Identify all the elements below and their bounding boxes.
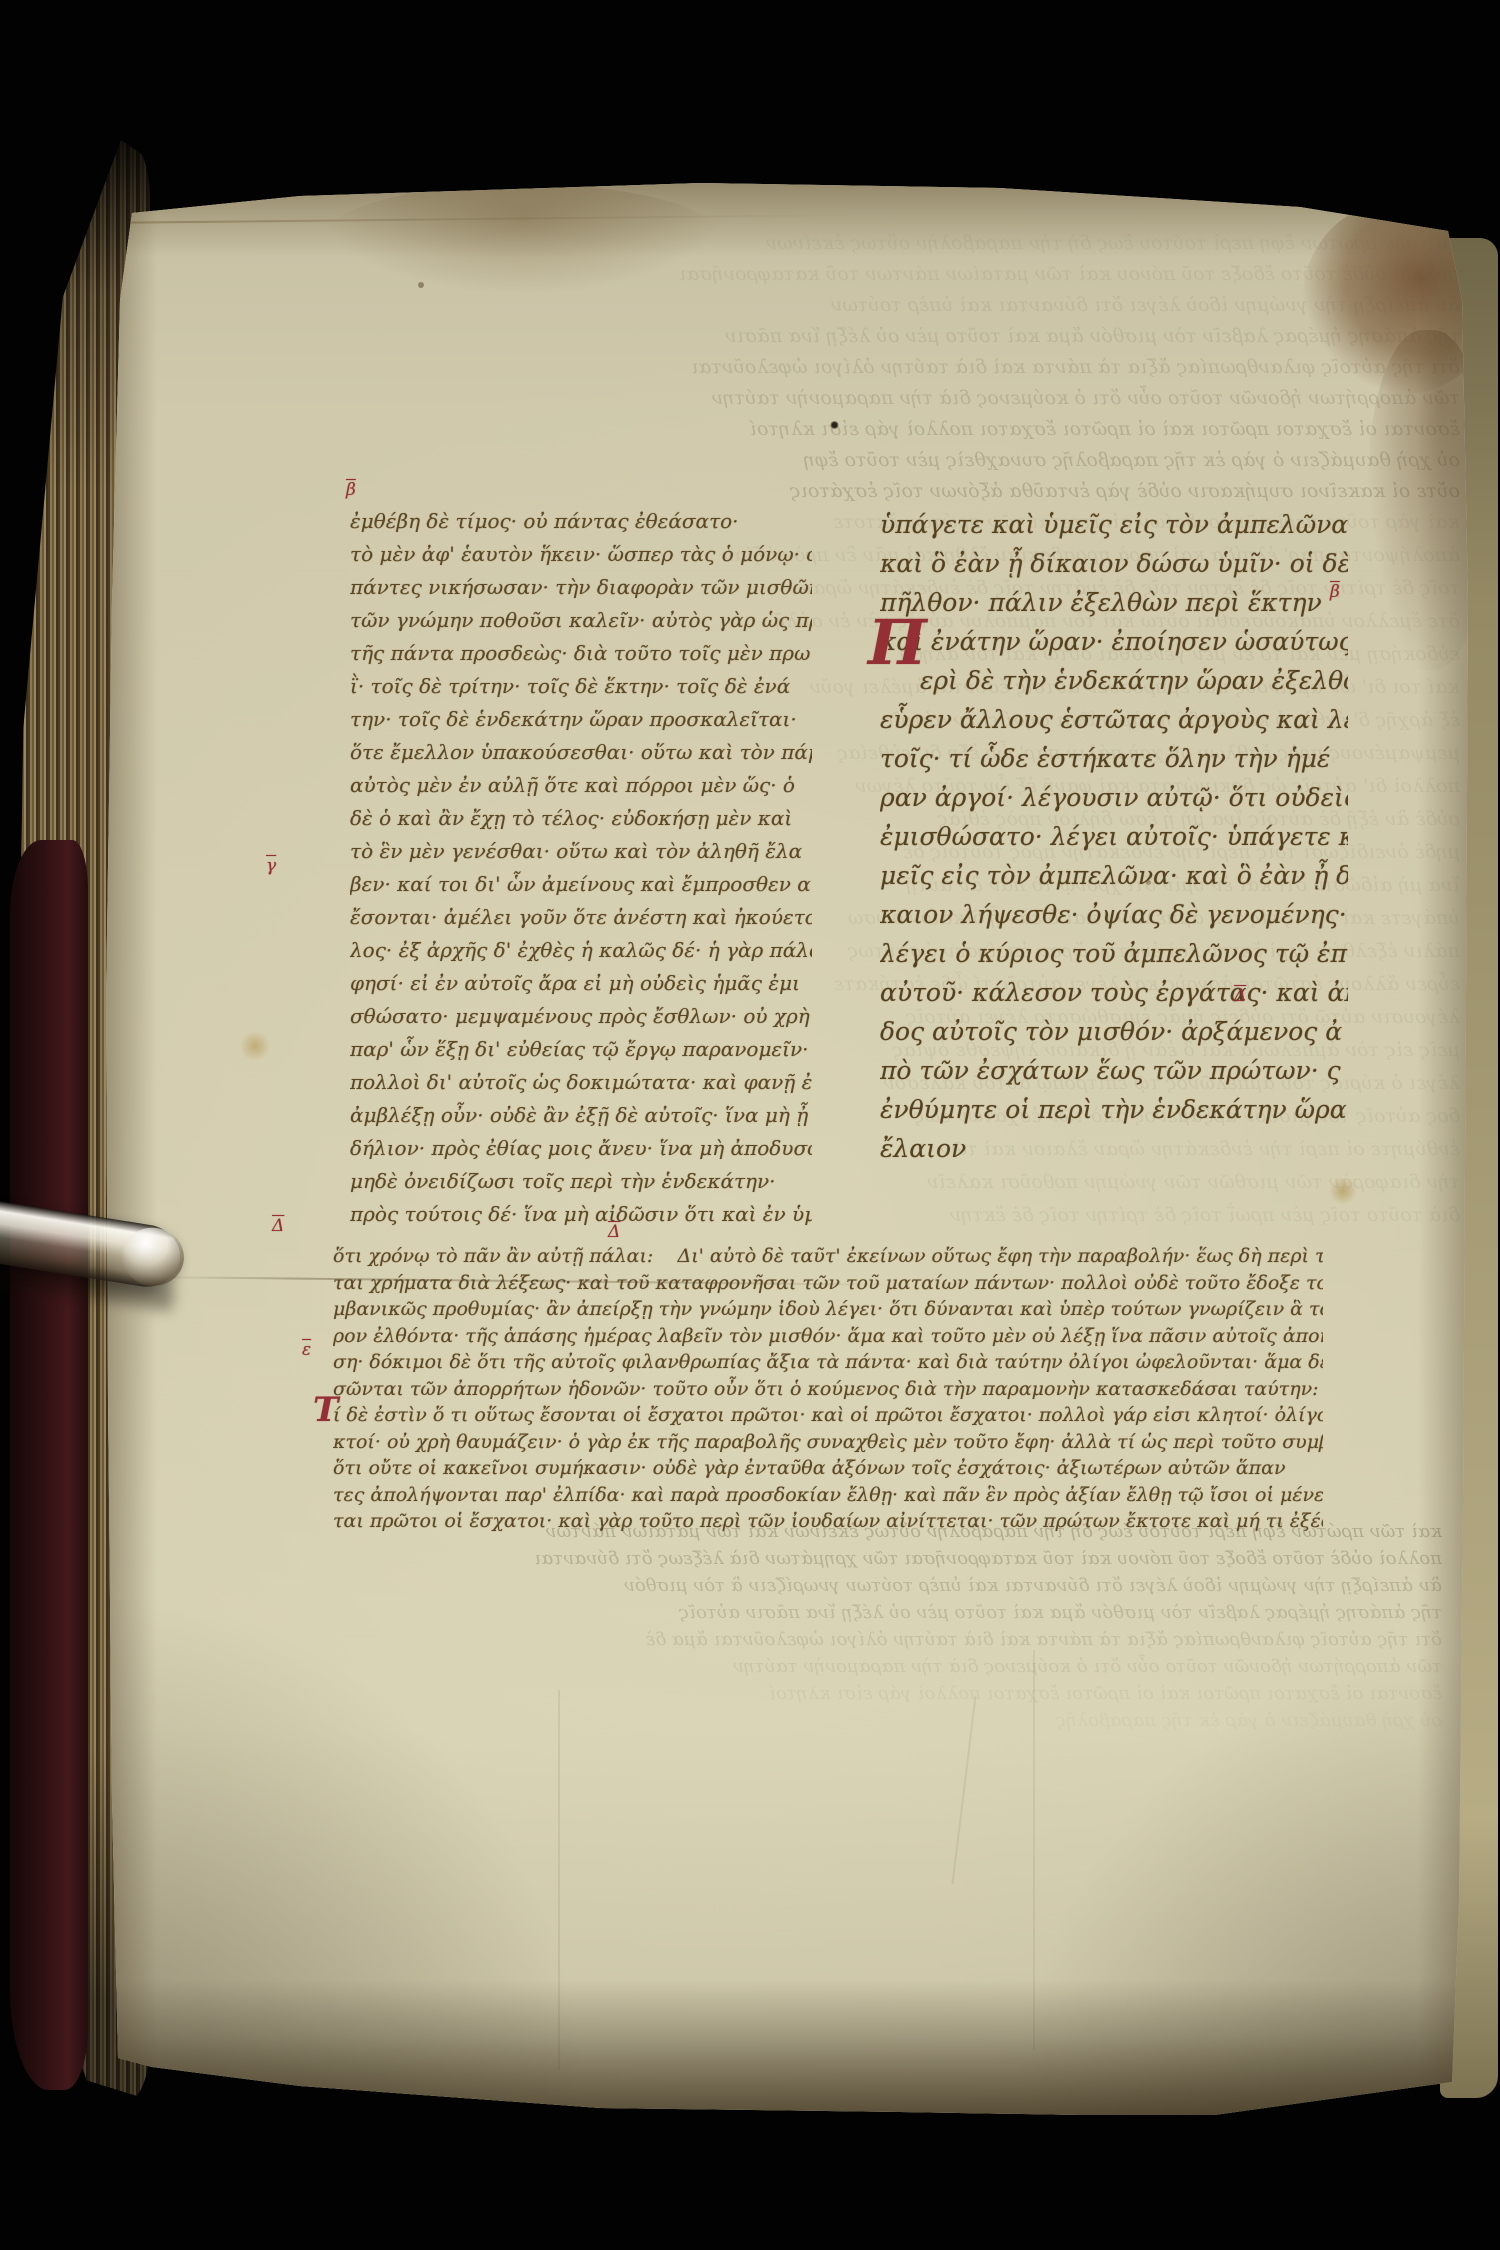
margin-mark-delta: Δ — [272, 1216, 284, 1236]
parchment-crease — [558, 1690, 560, 2070]
text-line: ση· δόκιμοι δὲ ὅτι τῆς αὐτοῖς φιλανθρωπί… — [333, 1349, 1323, 1376]
text-line: ρον ἐλθόντα· τῆς ἁπάσης ἡμέρας λαβεῖν τὸ… — [333, 1323, 1323, 1350]
text-column-right: ὑπάγετε καὶ ὑμεῖς εἰς τὸν ἀμπελῶνακαὶ ὃ … — [880, 505, 1348, 1205]
text-line: τῶν γνώμην ποθοῦσι καλεῖν· αὐτὸς γὰρ ὡς … — [350, 604, 812, 637]
text-line: ὅτι τῆς αὐτοῖς φιλανθρωπίας ἄξια τὰ πάντ… — [148, 352, 1460, 383]
text-line: ραν ἀργοί· λέγουσιν αὐτῷ· ὅτι οὐδεὶς ἡμᾶ… — [880, 778, 1348, 817]
parchment-crease — [951, 1696, 976, 1885]
margin-mark-gamma: γ — [266, 856, 276, 876]
text-line: πολλοὶ δι' αὐτοῖς ὡς δοκιμώτατα· καὶ φαν… — [350, 1066, 812, 1099]
text-line: πολλοὶ οὐδὲ τοῦτο ἔδοξε τοῦ πόνου καὶ τῶ… — [148, 259, 1460, 290]
text-line: βεν· καί τοι δι' ὧν ἀμείνους καὶ ἔμπροσθ… — [350, 868, 812, 901]
text-line: τῶν ἀπορρήτων ἡδονῶν τοῦτο οὖν ὅτι ὁ κού… — [140, 1653, 1442, 1680]
text-line: τες ἀπολήψονται παρ' ἐλπίδα· καὶ παρὰ πρ… — [333, 1482, 1323, 1509]
text-line: μεῖς εἰς τὸν ἀμπελῶνα· καὶ ὃ ἐὰν ᾖ δί — [880, 856, 1348, 895]
text-block-bottom: ὅτι χρόνῳ τὸ πᾶν ἂν αὐτῇ πάλαι: Δι' αὐτὸ… — [333, 1243, 1323, 1543]
text-line: την· τοῖς δὲ ἑνδεκάτην ὥραν προσκαλεῖται… — [350, 703, 812, 736]
text-line: εὗρεν ἄλλους ἑστῶτας ἀργοὺς καὶ λέγει — [880, 700, 1348, 739]
text-line: ἐμθέβη δὲ τίμος· οὐ πάντας ἐθεάσατο· — [350, 505, 812, 538]
text-line: μηδὲ ὀνειδίζωσι τοῖς περὶ τὴν ἑνδεκάτην· — [350, 1165, 812, 1198]
book-cover-edge — [10, 840, 88, 2090]
text-line: ὅτι χρόνῳ τὸ πᾶν ἂν αὐτῇ πάλαι: Δι' αὐτὸ… — [333, 1243, 1323, 1270]
text-line: πῆλθον· πάλιν ἐξελθὼν περὶ ἕκτην — [880, 583, 1348, 622]
text-line: ἔσονται οἱ ἔσχατοι πρῶτοι καὶ οἱ πρῶτοι … — [148, 414, 1460, 445]
inline-mark-delta-block: Δ — [608, 1222, 620, 1242]
text-line: ὅτι τῆς αὐτοῖς φιλανθρωπίας ἄξια τὰ πάντ… — [140, 1626, 1442, 1653]
text-line: ί δὲ ἐστὶν ὅ τι οὕτως ἔσονται οἱ ἔσχατοι… — [333, 1402, 1323, 1429]
text-line: αὐτὸς μὲν ἐν αὐλῇ ὅτε καὶ πόρροι μὲν ὥς·… — [350, 769, 812, 802]
text-line: τῆς ἁπάσης ἡμέρας λαβεῖν τὸν μισθόν ἅμα … — [148, 321, 1460, 352]
text-line: οὔτε οἱ κακεῖνοι συμήκασιν οὐδὲ γὰρ ἐντα… — [148, 476, 1460, 506]
text-line: παρ' ὧν ἕξῃ δι' εὐθείας τῷ ἔργῳ παρανομε… — [350, 1033, 812, 1066]
yellow-spot-left — [238, 1032, 272, 1060]
text-line: τὸ μὲν ἀφ' ἑαυτὸν ἥκειν· ὥσπερ τὰς ὁ μόν… — [350, 538, 812, 571]
inline-mark-delta-right: Δ — [1234, 986, 1246, 1006]
text-line: ἔλαιον — [880, 1129, 1348, 1168]
text-line: φησί· εἰ ἐν αὐτοῖς ἄρα εἰ μὴ οὐδεὶς ἡμᾶς… — [350, 967, 812, 1000]
bleedthrough-top: καὶ τῶν πρώτων ἔφη περὶ τούτου ἕως δὴ τὴ… — [148, 228, 1460, 506]
text-line: πὸ τῶν ἐσχάτων ἕως τῶν πρώτων· ς — [880, 1051, 1348, 1090]
text-line: ται πρῶτοι οἱ ἔσχατοι· καὶ γὰρ τοῦτο περ… — [333, 1508, 1323, 1535]
text-line: λέγει ὁ κύριος τοῦ ἀμπελῶνος τῷ ἐπιτρόπῳ — [880, 934, 1348, 973]
text-line: ἐμισθώσατο· λέγει αὐτοῖς· ὑπάγετε καὶ ὑ — [880, 817, 1348, 856]
text-line: κτοί· οὐ χρὴ θαυμάζειν· ὁ γὰρ ἐκ τῆς παρ… — [333, 1429, 1323, 1456]
text-line: ἔσονται· ἀμέλει γοῦν ὅτε ἀνέστη καὶ ἠκού… — [350, 901, 812, 934]
text-line: τοῖς· τί ὧδε ἑστήκατε ὅλην τὴν ἡμέ — [880, 739, 1348, 778]
ink-speck — [830, 421, 839, 429]
text-line: ὅτε ἔμελλον ὑπακούσεσθαι· οὕτω καὶ τὸν π… — [350, 736, 812, 769]
text-line: μβανικῶς προθυμίας· ἂν ἀπείρξῃ τὴν γνώμη… — [333, 1296, 1323, 1323]
text-line: πολλοὶ οὐδὲ τοῦτο ἔδοξε τοῦ πόνου καὶ το… — [140, 1545, 1442, 1572]
text-line: οὐ χρὴ θαυμάζειν ὁ γὰρ ἐκ τῆς παραβολῆς — [140, 1707, 1442, 1734]
text-line: ἂν ἀπείρξῃ τὴν γνώμην ἰδοὺ λέγει ὅτι δύν… — [148, 290, 1460, 321]
text-line: τῆς πάντα προσδεὼς· διὰ τοῦτο τοῖς μὲν π… — [350, 637, 812, 670]
text-line: λος· ἐξ ἀρχῆς δ' ἐχθὲς ἡ καλῶς δέ· ἡ γὰρ… — [350, 934, 812, 967]
parchment-crease — [1033, 1650, 1035, 2050]
text-line: τῆς ἁπάσης ἡμέρας λαβεῖν τὸν μισθόν ἅμα … — [140, 1599, 1442, 1626]
manuscript-page: καὶ τῶν πρώτων ἔφη περὶ τούτου ἕως δὴ τὴ… — [88, 180, 1473, 2115]
rubric-initial-pi: Π — [868, 612, 927, 674]
text-line: σῶνται τῶν ἀπορρήτων ἡδονῶν· τοῦτο οὖν ὅ… — [333, 1376, 1323, 1403]
text-line: ται χρήματα διὰ λέξεως· καὶ τοῦ καταφρον… — [333, 1270, 1323, 1297]
text-line: ἐνθύμητε οἱ περὶ τὴν ἑνδεκάτην ὥραν — [880, 1090, 1348, 1129]
parchment-speck — [418, 282, 424, 288]
text-line: τὸ ἓν μὲν γενέσθαι· οὕτω καὶ τὸν ἀληθῆ ἔ… — [350, 835, 812, 868]
text-line: καὶ τῶν πρώτων ἔφη περὶ τούτου ἕως δὴ τὴ… — [148, 228, 1460, 259]
rubric-initial-tau: Τ — [313, 1393, 338, 1427]
text-line: σθώσατο· μεμψαμένους πρὸς ἔσθλων· οὐ χρὴ… — [350, 1000, 812, 1033]
inline-mark-beta: β — [1330, 582, 1340, 602]
text-line: ἂν ἀπείρξῃ τὴν γνώμην ἰδοὺ λέγει ὅτι δύν… — [140, 1572, 1442, 1599]
text-line: ἀμβλέξῃ οὖν· οὐδὲ ἂν ἐξῇ δὲ αὐτοῖς· ἵνα … — [350, 1099, 812, 1132]
text-line: πρὸς τούτοις δέ· ἵνα μὴ αἰδῶσιν ὅτι καὶ … — [350, 1198, 812, 1231]
text-column-left: ἐμθέβη δὲ τίμος· οὐ πάντας ἐθεάσατο·τὸ μ… — [350, 505, 812, 1233]
margin-mark-beta: β — [346, 480, 356, 500]
text-line: τῶν ἀπορρήτων ἡδονῶν τοῦτο οὖν ὅτι ὁ κού… — [148, 383, 1460, 414]
text-line: δήλιον· πρὸς ἐθίας μοις ἄνευ· ἵνα μὴ ἀπο… — [350, 1132, 812, 1165]
text-line: αὐτοῦ· κάλεσον τοὺς ἐργάτας· καὶ ἀπό — [880, 973, 1348, 1012]
text-line: δος αὐτοῖς τὸν μισθόν· ἀρξάμενος ἀ — [880, 1012, 1348, 1051]
top-edge-smudge — [323, 184, 723, 294]
bleedthrough-bottom: καὶ τῶν πρώτων ἔφη περὶ τούτου ἕως δὴ τὴ… — [140, 1518, 1442, 1890]
text-line: πάντες νικήσωσαν· τὴν διαφορὰν τῶν μισθῶ… — [350, 571, 812, 604]
text-line: ερὶ δὲ τὴν ἑνδεκάτην ὥραν ἐξελθὼν — [880, 661, 1348, 700]
text-line: ὑπάγετε καὶ ὑμεῖς εἰς τὸν ἀμπελῶνα — [880, 505, 1348, 544]
text-line: καιον λήψεσθε· ὀψίας δὲ γενομένης· — [880, 895, 1348, 934]
underlying-leaf-edge-line — [108, 214, 848, 224]
text-line: ἔσονται οἱ ἔσχατοι πρῶτοι καὶ οἱ πρῶτοι … — [140, 1680, 1442, 1707]
photo-stage: καὶ τῶν πρώτων ἔφη περὶ τούτου ἕως δὴ τὴ… — [0, 0, 1500, 2250]
text-line: οὐ χρὴ θαυμάζειν ὁ γὰρ ἐκ τῆς παραβολῆς … — [148, 445, 1460, 476]
margin-mark-epsilon: ε — [302, 1340, 311, 1360]
text-line: δὲ ὁ καὶ ἂν ἔχῃ τὸ τέλος· εὐδοκήσῃ μὲν κ… — [350, 802, 812, 835]
text-line: καὶ ἐνάτην ὥραν· ἐποίησεν ὡσαύτως — [880, 622, 1348, 661]
text-line: ὅτι οὔτε οἱ κακεῖνοι συμήκασιν· οὐδὲ γὰρ… — [333, 1455, 1323, 1482]
text-line: καὶ ὃ ἐὰν ᾖ δίκαιον δώσω ὑμῖν· οἱ δὲ ἀ — [880, 544, 1348, 583]
text-line: ῒ· τοῖς δὲ τρίτην· τοῖς δὲ ἕκτην· τοῖς δ… — [350, 670, 812, 703]
